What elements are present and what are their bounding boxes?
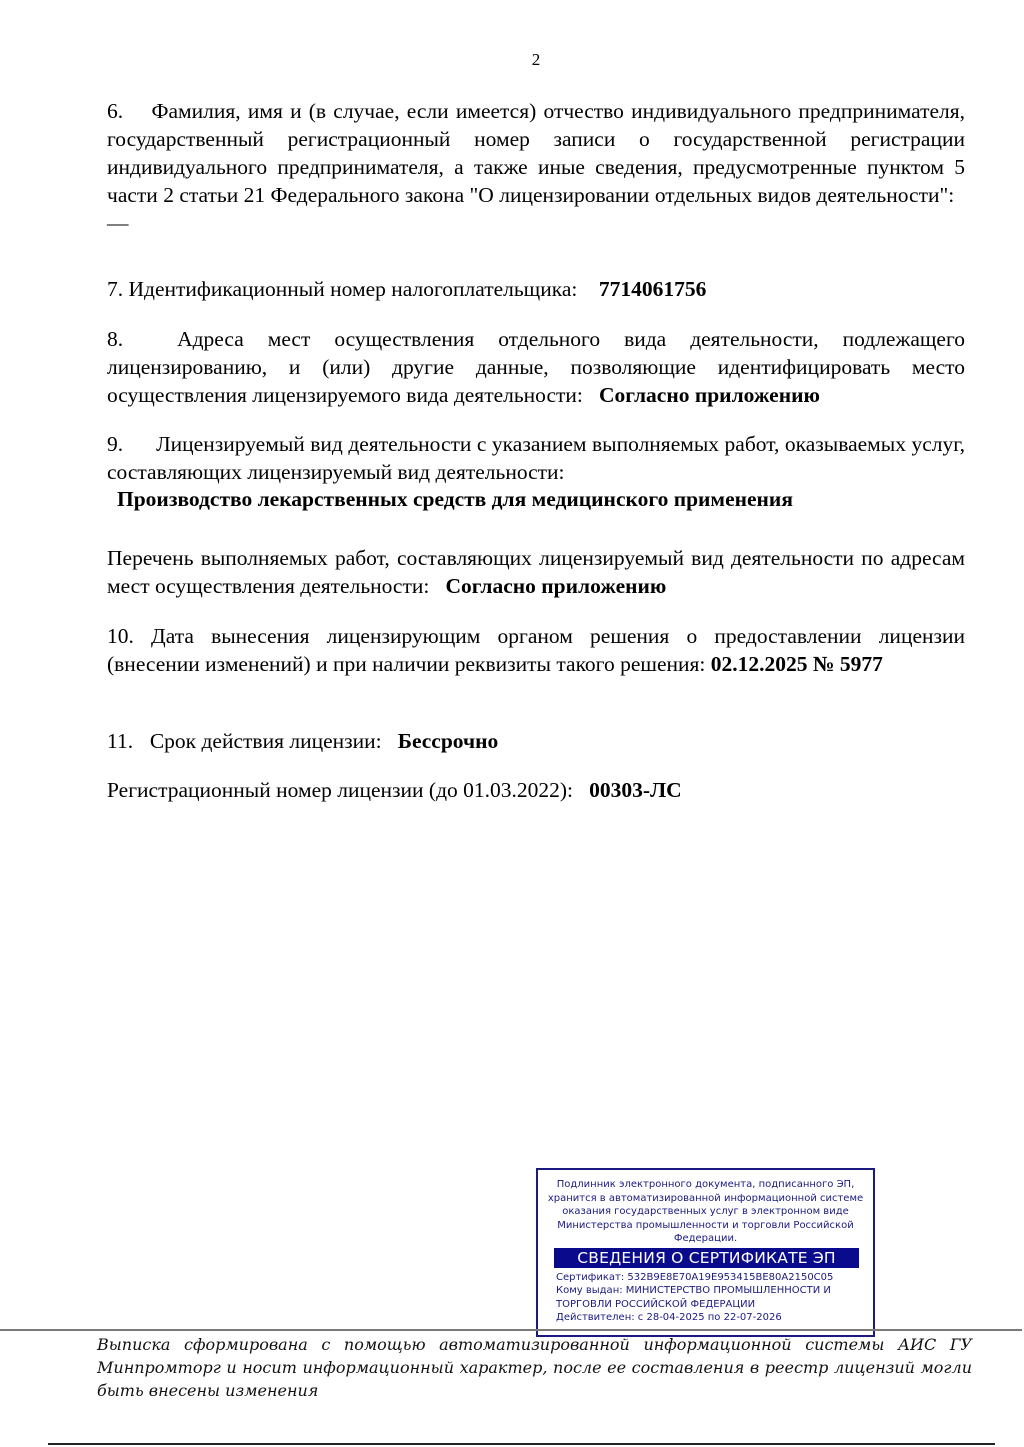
item-11: 11. Срок действия лицензии: Бессрочно: [107, 727, 965, 755]
stamp-line: Подлинник электронного документа, подпис…: [542, 1178, 869, 1192]
activity-type-value: Производство лекарственных средств для м…: [117, 485, 793, 513]
registration-text: Регистрационный номер лицензии (до 01.03…: [107, 778, 573, 802]
stamp-header: СВЕДЕНИЯ О СЕРТИФИКАТЕ ЭП: [554, 1248, 859, 1268]
bottom-divider: [48, 1443, 995, 1445]
registration-number: Регистрационный номер лицензии (до 01.03…: [107, 776, 965, 804]
item-6-number: 6.: [107, 97, 123, 125]
item-10: 10. Дата вынесения лицензирующим органом…: [107, 622, 965, 678]
footer-note: Выписка сформирована с помощью автоматиз…: [97, 1333, 972, 1402]
certificate-issued-to-cont: ТОРГОВЛИ РОССИЙСКОЙ ФЕДЕРАЦИИ: [556, 1298, 873, 1312]
stamp-notice: Подлинник электронного документа, подпис…: [538, 1170, 873, 1246]
item-8: 8. Адреса мест осуществления отдельного …: [107, 325, 965, 409]
works-list: Перечень выполняемых работ, составляющих…: [107, 544, 965, 600]
item-11-number: 11.: [107, 727, 133, 755]
certificate-number: Сертификат: 532B9E8E70A19E953415BE80A215…: [556, 1271, 873, 1285]
item-6: 6. Фамилия, имя и (в случае, если имеетс…: [107, 97, 965, 237]
stamp-line: Министерства промышленности и торговли Р…: [542, 1219, 869, 1233]
stamp-line: оказания государственных услуг в электро…: [542, 1205, 869, 1219]
item-6-value: —: [107, 211, 129, 235]
item-11-text: Срок действия лицензии:: [150, 729, 382, 753]
certificate-validity: Действителен: с 28-04-2025 по 22-07-2026: [556, 1311, 873, 1325]
item-7-text: Идентификационный номер налогоплательщик…: [129, 277, 578, 301]
item-10-number: 10.: [107, 622, 134, 650]
digital-signature-stamp: Подлинник электронного документа, подпис…: [536, 1168, 875, 1337]
item-9-number: 9.: [107, 430, 123, 458]
validity-value: Бессрочно: [398, 729, 499, 753]
addresses-value: Согласно приложению: [599, 383, 820, 407]
decision-value: 02.12.2025 № 5977: [711, 652, 883, 676]
item-8-text: Адреса мест осуществления отдельного вид…: [107, 327, 965, 407]
inn-value: 7714061756: [599, 277, 707, 301]
page-number: 2: [0, 50, 1024, 70]
works-list-value: Согласно приложению: [445, 574, 666, 598]
certificate-issued-to: Кому выдан: МИНИСТЕРСТВО ПРОМЫШЛЕННОСТИ …: [556, 1284, 873, 1298]
registration-value: 00303-ЛС: [589, 778, 681, 802]
stamp-line: Федерации.: [542, 1232, 869, 1246]
item-9: 9. Лицензируемый вид деятельности с указ…: [107, 430, 965, 486]
item-6-text: Фамилия, имя и (в случае, если имеется) …: [107, 99, 965, 207]
footer-divider: [0, 1329, 1022, 1331]
stamp-line: хранится в автоматизированной информацио…: [542, 1192, 869, 1206]
item-7: 7. Идентификационный номер налогоплатель…: [107, 275, 965, 303]
certificate-details: Сертификат: 532B9E8E70A19E953415BE80A215…: [538, 1268, 873, 1325]
item-7-number: 7.: [107, 275, 123, 303]
item-8-number: 8.: [107, 325, 123, 353]
item-9-text: Лицензируемый вид деятельности с указани…: [107, 432, 965, 484]
